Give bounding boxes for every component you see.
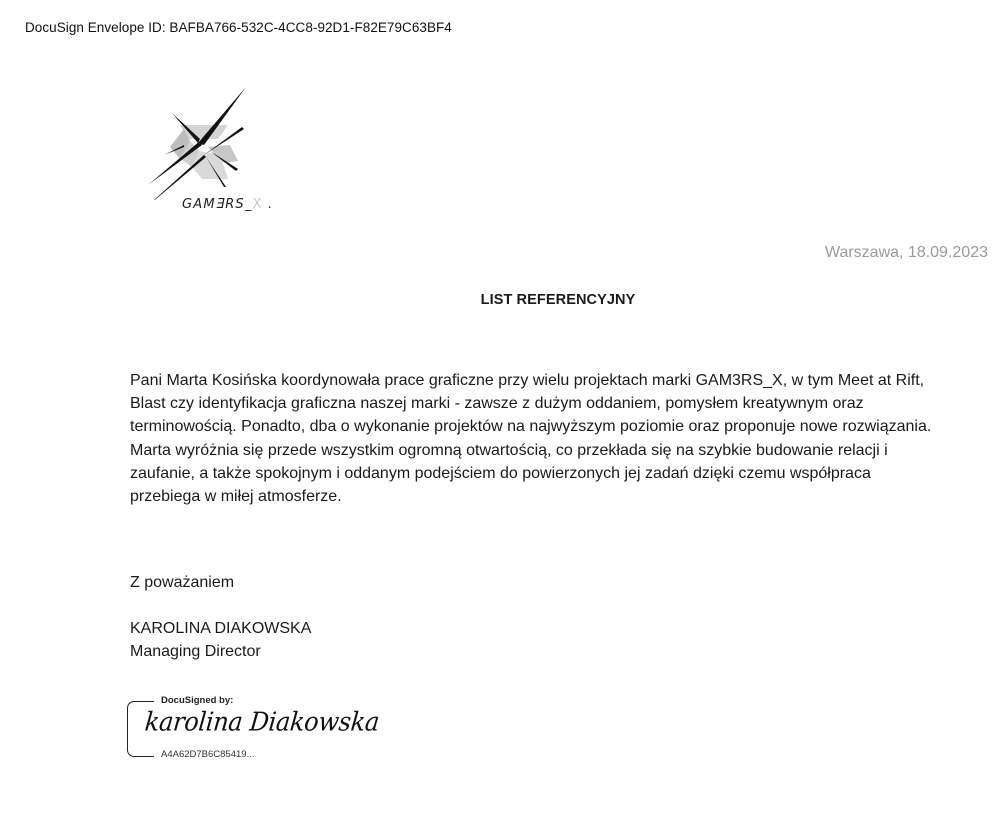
closing-phrase: Z poważaniem — [130, 574, 234, 592]
envelope-id: DocuSign Envelope ID: BAFBA766-532C-4CC8… — [25, 20, 452, 35]
body-line: Marta wyróżnia się przede wszystkim ogro… — [130, 439, 1000, 462]
signer-name: KAROLINA DIAKOWSKA — [130, 620, 311, 638]
body-line: przebiega w miłej atmosferze. — [130, 485, 1000, 508]
docusign-label: DocuSigned by: — [159, 695, 235, 706]
body-line: Pani Marta Kosińska koordynowała prace g… — [130, 369, 1000, 392]
letter-body: Pani Marta Kosińska koordynowała prace g… — [130, 369, 1000, 508]
body-line: Blast czy identyfikacja graficzna naszej… — [130, 392, 1000, 415]
body-line: zaufanie, a także spokojnym i oddanym po… — [130, 462, 1000, 485]
body-line: terminowością. Ponadto, dba o wykonanie … — [130, 415, 1000, 438]
logo-wordmark-x: X — [253, 197, 263, 212]
docusign-signature-block: DocuSigned by: karolina Diakowska A4A62D… — [127, 698, 347, 762]
gamers-x-logo-icon — [140, 85, 310, 200]
letter-title: LIST REFERENCYJNY — [0, 292, 1006, 308]
logo-wordmark: GAMƎRS_X . — [182, 197, 273, 212]
logo-wordmark-dot: . — [263, 197, 274, 212]
logo-wordmark-main: GAMƎRS_ — [182, 197, 253, 212]
docusign-hash: A4A62D7B6C85419... — [159, 749, 256, 760]
signer-role: Managing Director — [130, 643, 261, 661]
place-date: Warszawa, 18.09.2023 — [825, 244, 988, 262]
handwritten-signature: karolina Diakowska — [144, 707, 381, 737]
company-logo: GAMƎRS_X . — [140, 85, 310, 220]
